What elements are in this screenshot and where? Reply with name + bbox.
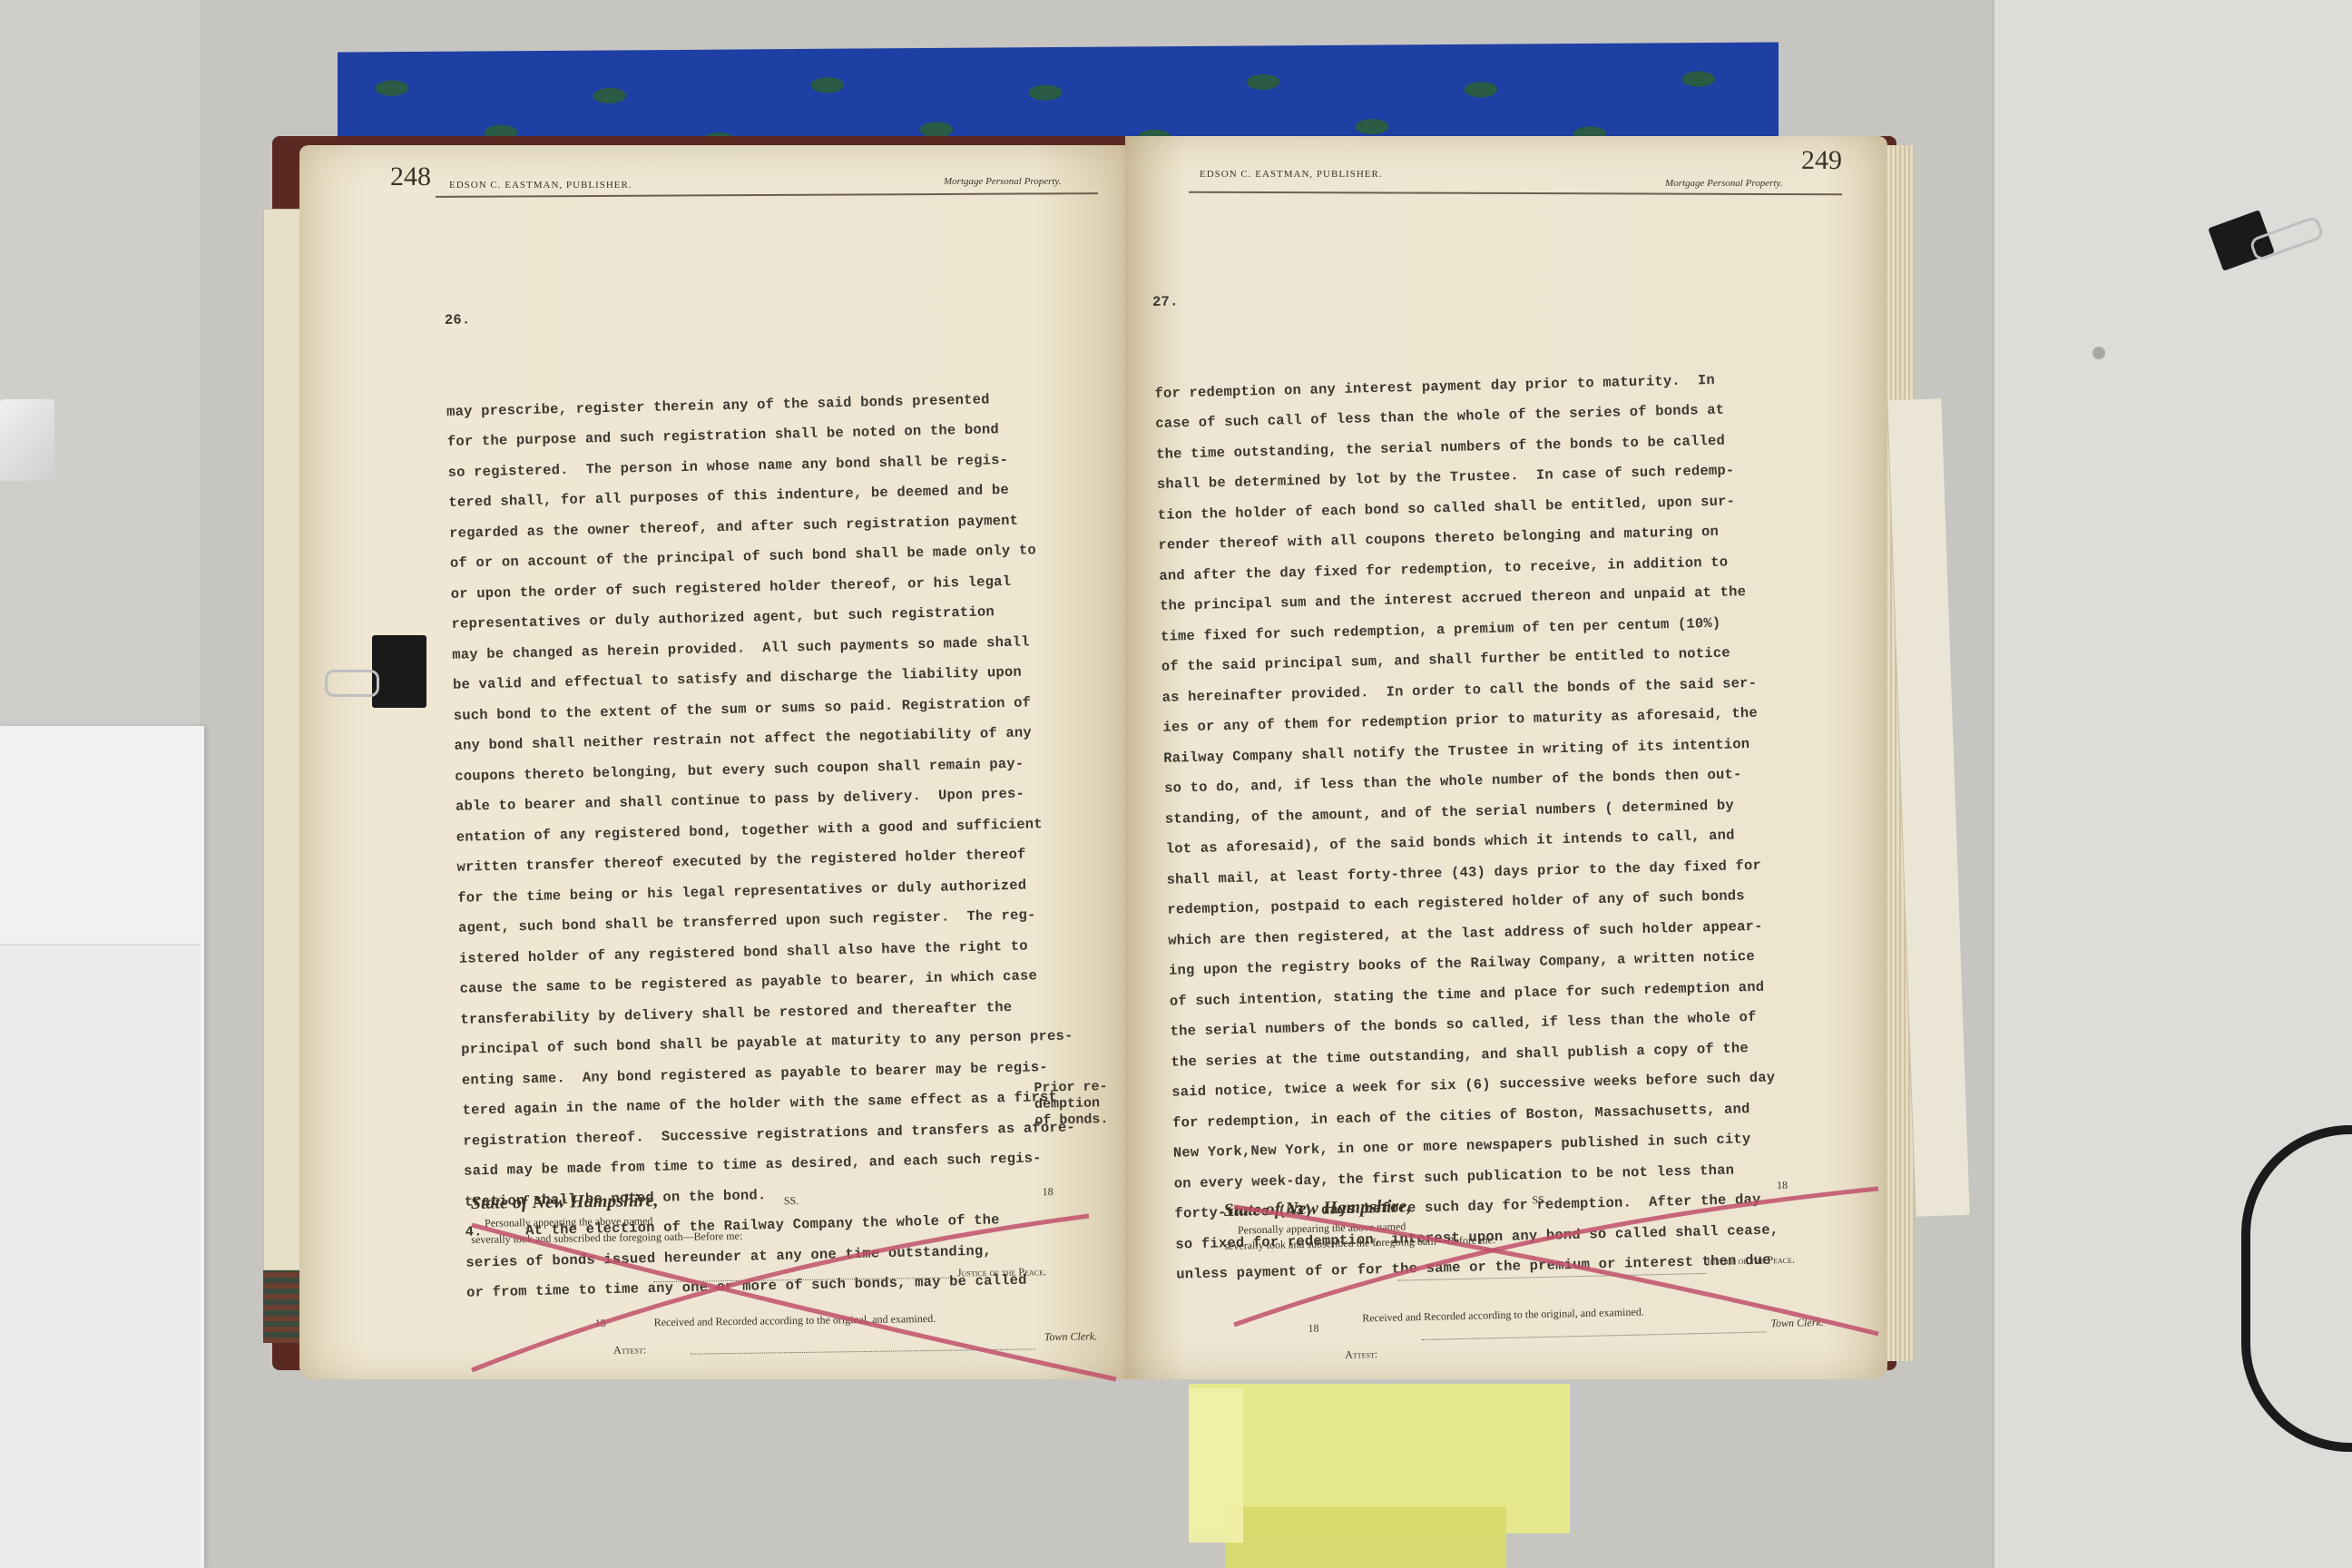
form-line1: Personally appearing the above named [1238, 1220, 1406, 1237]
margin-note: Prior re- demption of bonds. [1034, 1079, 1108, 1130]
right-publisher: Edson C. Eastman, Publisher. [1200, 169, 1383, 180]
left-running-title: Mortgage Personal Property. [944, 176, 1061, 187]
form-received-year: 18 [1308, 1322, 1318, 1336]
form-year: 18 [1777, 1179, 1788, 1192]
form-town-clerk: Town Clerk. [1044, 1329, 1097, 1344]
sticky-note [1189, 1388, 1243, 1543]
left-form: State of New Hampshire, SS. 18 Personall… [471, 1184, 1127, 1375]
form-state: State of New Hampshire, [471, 1191, 659, 1214]
form-state: State of New Hampshire, [1223, 1196, 1411, 1221]
form-justice: Justice of the Peace. [957, 1265, 1046, 1279]
form-signature-line [1397, 1273, 1706, 1281]
form-year: 18 [1043, 1185, 1053, 1199]
form-line2: severally took and subscribed the forego… [471, 1230, 742, 1247]
right-typed-text: 27. for redemption on any interest payme… [1151, 212, 1780, 1321]
form-attest-line [691, 1348, 1035, 1354]
left-publisher: Edson C. Eastman, Publisher. [449, 180, 632, 191]
form-attest: Attest: [613, 1343, 646, 1357]
form-received: Received and Recorded according to the o… [1362, 1305, 1644, 1325]
paper-stack-lower [0, 944, 200, 1568]
right-typed-page-number: 27. [1152, 273, 1757, 318]
left-typed-text: 26. may prescribe, register therein any … [443, 231, 1080, 1339]
right-form: State of New Hampshire, SS. 18 Personall… [1223, 1168, 1862, 1364]
left-lines: may prescribe, register therein any of t… [446, 383, 1079, 1308]
left-page-number: 248 [390, 162, 431, 192]
form-line1: Personally appearing the above named [485, 1214, 652, 1230]
right-running-title: Mortgage Personal Property. [1665, 178, 1782, 189]
form-attest: Attest: [1345, 1347, 1377, 1362]
form-received-year: 18 [595, 1317, 606, 1330]
desk-hole [2092, 347, 2105, 359]
form-ss: SS. [784, 1194, 799, 1208]
right-page-number: 249 [1801, 145, 1842, 176]
left-typed-page-number: 26. [445, 292, 1057, 337]
right-lines: for redemption on any interest payment d… [1154, 364, 1779, 1290]
form-received: Received and Recorded according to the o… [654, 1312, 936, 1329]
form-justice: Justice of the Peace. [1706, 1253, 1795, 1269]
sticky-note [1225, 1506, 1506, 1568]
form-signature-line [653, 1278, 953, 1283]
form-town-clerk: Town Clerk. [1770, 1316, 1824, 1330]
form-attest-line [1422, 1331, 1767, 1340]
form-ss: SS. [1532, 1193, 1547, 1207]
plastic-object [0, 399, 54, 481]
